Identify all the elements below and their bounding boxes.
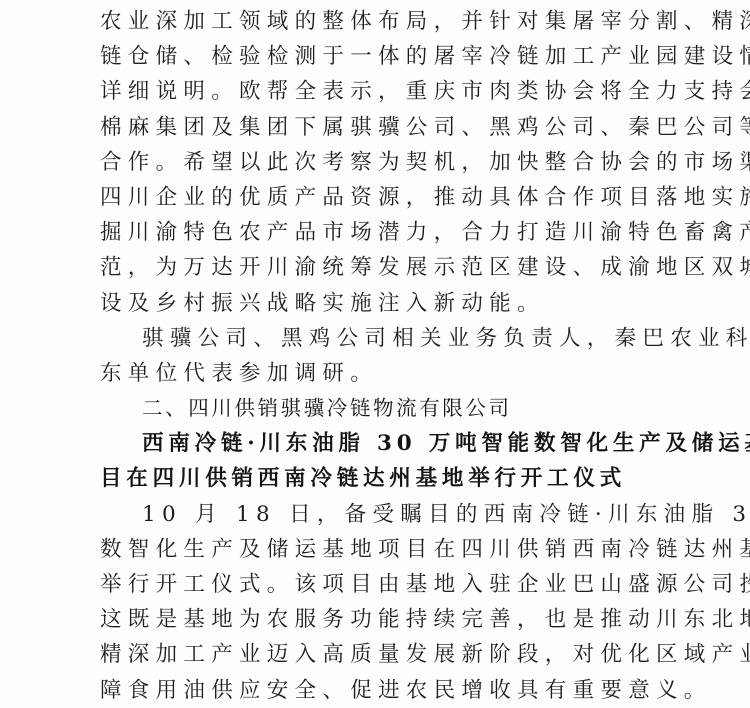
section-heading-text: 二、四川供销骐骥冷链物流有限公司	[100, 391, 660, 426]
text-line: 农业深加工领域的整体布局，并针对集屠宰分割、精深加工、冷	[100, 4, 660, 39]
text-line: 合作。希望以此次考察为契机，加快整合协会的市场渠道优势与	[100, 145, 660, 180]
section-heading: 二、四川供销骐骥冷链物流有限公司	[100, 391, 660, 426]
text-line: 这既是基地为农服务功能持续完善，也是推动川东北地区食用油	[100, 602, 660, 637]
text-line: 10 月 18 日，备受瞩目的西南冷链·川东油脂 30 万吨智能	[100, 497, 660, 532]
article-subheading: 西南冷链·川东油脂 30 万吨智能数智化生产及储运基地项 目在四川供销西南冷链达…	[100, 426, 660, 496]
text-line: 范，为万达开川渝统筹发展示范区建设、成渝地区双城经济圈建	[100, 250, 660, 285]
subheading-line: 西南冷链·川东油脂 30 万吨智能数智化生产及储运基地项	[100, 426, 660, 461]
text-line: 设及乡村振兴战略实施注入新动能。	[100, 286, 660, 321]
text-line: 精深加工产业迈入高质量发展新阶段，对优化区域产业结构、保	[100, 637, 660, 672]
text-line: 四川企业的优质产品资源，推动具体合作项目落地实施，共同挖	[100, 180, 660, 215]
text-line: 掘川渝特色农产品市场潜力，合力打造川渝特色畜禽产业合作典	[100, 215, 660, 250]
text-line: 举行开工仪式。该项目由基地入驻企业巴山盛源公司投资建设，	[100, 567, 660, 602]
document-body: 农业深加工领域的整体布局，并针对集屠宰分割、精深加工、冷 链仓储、检验检测于一体…	[100, 4, 660, 708]
paragraph-cooperation-summary: 农业深加工领域的整体布局，并针对集屠宰分割、精深加工、冷 链仓储、检验检测于一体…	[100, 4, 660, 321]
text-line: 东单位代表参加调研。	[100, 356, 660, 391]
text-line: 详细说明。欧帮全表示，重庆市肉类协会将全力支持会员企业与	[100, 74, 660, 109]
document-page: 农业深加工领域的整体布局，并针对集屠宰分割、精深加工、冷 链仓储、检验检测于一体…	[0, 0, 750, 708]
text-line: 链仓储、检验检测于一体的屠宰冷链加工产业园建设情况进行了	[100, 39, 660, 74]
paragraph-attendees: 骐骥公司、黑鸡公司相关业务负责人，秦巴农业科技公司股 东单位代表参加调研。	[100, 321, 660, 391]
text-line: 障食用油供应安全、促进农民增收具有重要意义。	[100, 673, 660, 708]
text-line: 骐骥公司、黑鸡公司相关业务负责人，秦巴农业科技公司股	[100, 321, 660, 356]
paragraph-groundbreaking: 10 月 18 日，备受瞩目的西南冷链·川东油脂 30 万吨智能 数智化生产及储…	[100, 497, 660, 708]
text-line: 棉麻集团及集团下属骐骥公司、黑鸡公司、秦巴公司等开展务实	[100, 110, 660, 145]
text-line: 数智化生产及储运基地项目在四川供销西南冷链达州基地隆重	[100, 532, 660, 567]
subheading-line: 目在四川供销西南冷链达州基地举行开工仪式	[100, 461, 660, 496]
